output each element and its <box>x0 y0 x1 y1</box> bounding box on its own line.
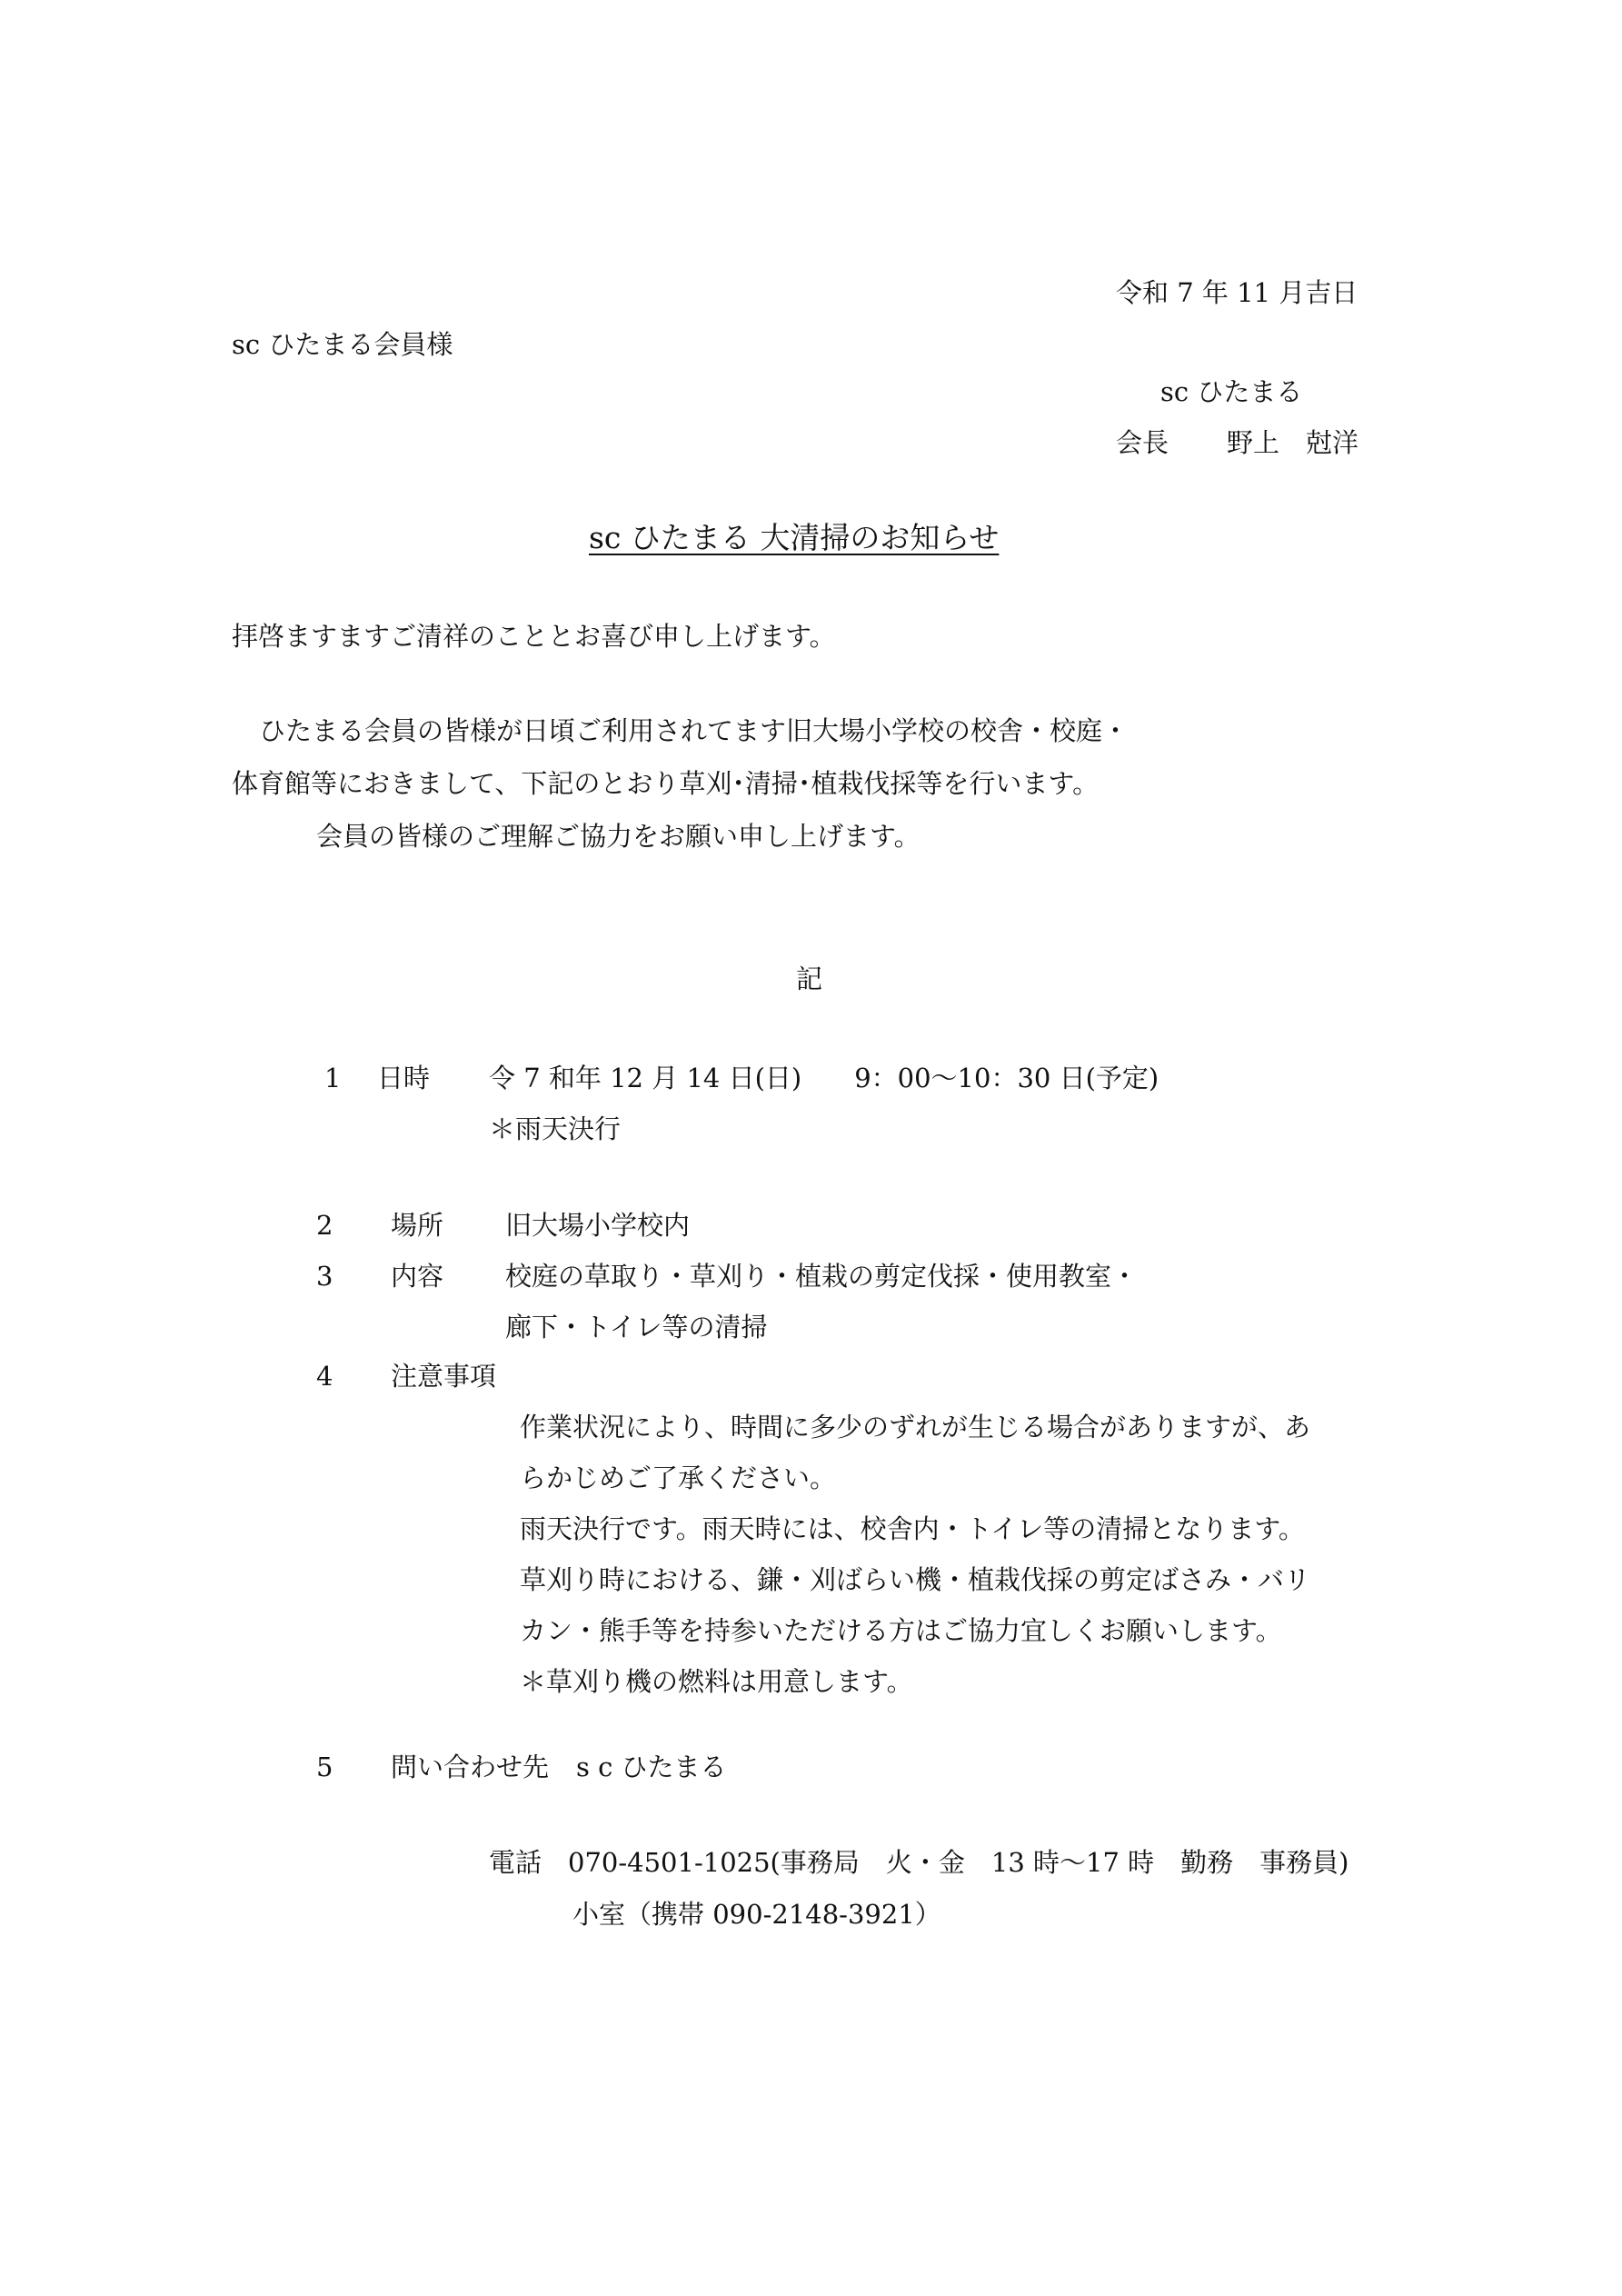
issue-date: 令和 7 年 11 月吉日 <box>1116 280 1358 306</box>
item-3-value-line-2: 廊下・トイレ等の清掃 <box>505 1314 768 1341</box>
item-2-label: 場所 <box>391 1213 443 1239</box>
item-2-value: 旧大場小学校内 <box>505 1213 690 1239</box>
item-4-line-1: 作業状況により、時間に多少のずれが生じる場合がありますが、あ <box>520 1414 1310 1441</box>
item-4-number: 4 <box>316 1363 333 1390</box>
sender-org: sc ひたまる <box>1160 379 1302 405</box>
page-title: sc ひたまる 大清掃のお知らせ <box>589 523 999 553</box>
sender-title: 会長 <box>1116 427 1169 458</box>
item-5-number: 5 <box>316 1754 333 1781</box>
item-4-line-3: 雨天決行です。雨天時には、校舎内・トイレ等の清掃となります。 <box>520 1516 1305 1542</box>
item-4-line-2: らかじめご了承ください。 <box>520 1465 836 1492</box>
item-4-label: 注意事項 <box>391 1363 496 1390</box>
item-3-label: 内容 <box>391 1263 443 1290</box>
item-1-number: 1 <box>324 1065 341 1092</box>
item-2-number: 2 <box>316 1213 333 1239</box>
item-1-note: ＊雨天決行 <box>489 1116 621 1143</box>
item-1-value: 令 7 和年 12 月 14 日(日) 9：00～10：30 日(予定) <box>489 1065 1159 1092</box>
item-3-value-line-1: 校庭の草取り・草刈り・植栽の剪定伐採・使用教室・ <box>505 1263 1138 1290</box>
ki-heading: 記 <box>796 966 822 993</box>
sender-signature: 会長野上 尅洋 <box>1116 430 1358 456</box>
item-4-line-5: カン・熊手等を持参いただける方はご協力宜しくお願いします。 <box>520 1618 1282 1644</box>
recipient: sc ひたまる会員様 <box>232 332 453 358</box>
contact-phone: 電話 070-4501-1025(事務局 火・金 13 時～17 時 勤務 事務… <box>489 1850 1348 1876</box>
item-5-label: 問い合わせ先 <box>391 1754 549 1781</box>
sender-name: 野上 尅洋 <box>1227 427 1358 458</box>
item-3-number: 3 <box>316 1263 333 1290</box>
item-4-line-4: 草刈り時における、鎌・刈ばらい機・植栽伐採の剪定ばさみ・バリ <box>520 1567 1310 1593</box>
greeting: 拝啓ますますご清祥のこととお喜び申し上げます。 <box>232 624 836 650</box>
item-1-label: 日時 <box>377 1065 430 1092</box>
body-line-1: ひたまる会員の皆様が日頃ご利用されてます旧大場小学校の校舎・校庭・ <box>259 718 1129 744</box>
item-4-line-6: ＊草刈り機の燃料は用意します。 <box>520 1669 913 1695</box>
item-5-value: s c ひたまる <box>576 1754 727 1781</box>
body-line-2: 体育館等におきまして、下記のとおり草刈･清掃･植栽伐採等を行います。 <box>232 771 1099 797</box>
contact-mobile: 小室（携帯 090-2148-3921） <box>572 1902 941 1928</box>
body-line-3: 会員の皆様のご理解ご協力をお願い申し上げます。 <box>316 824 920 850</box>
